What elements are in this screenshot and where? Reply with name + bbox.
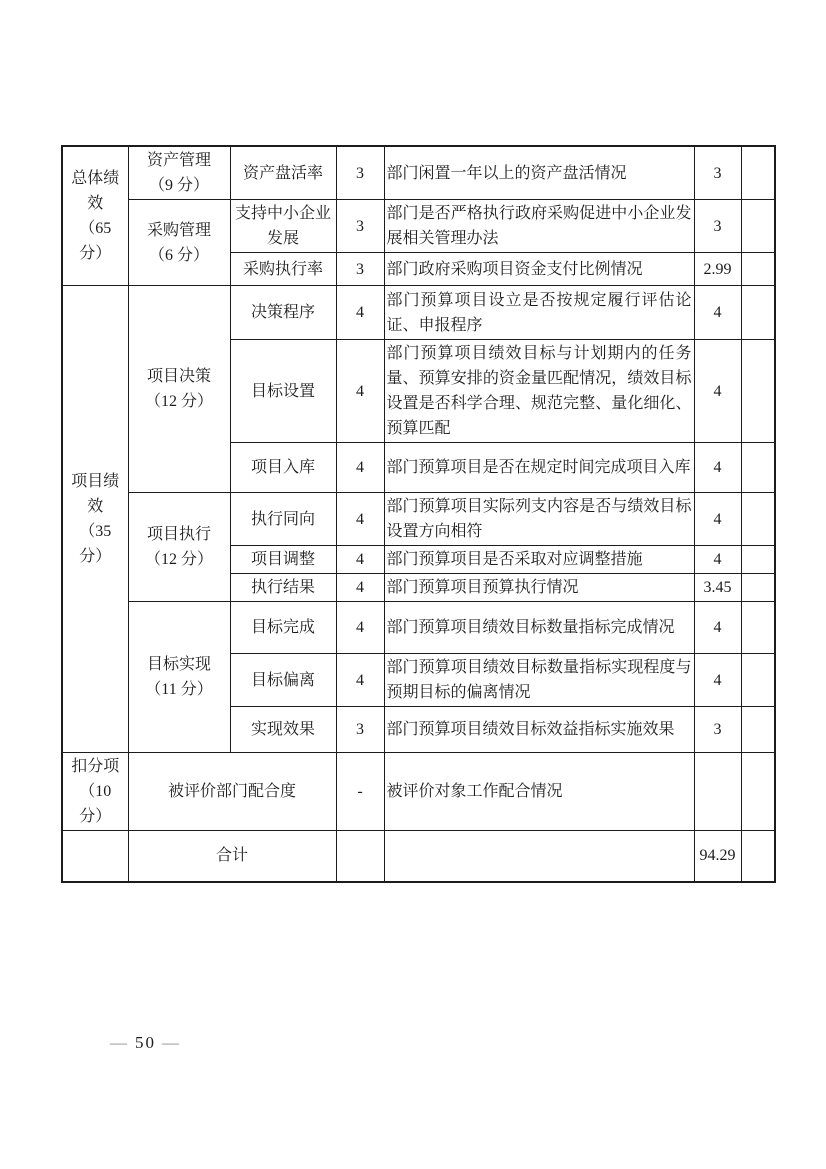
empty-cell — [741, 574, 775, 602]
indicator-cell: 目标完成 — [230, 602, 336, 654]
description-cell: 部门预算项目预算执行情况 — [384, 574, 694, 602]
empty-cell — [741, 602, 775, 654]
table-row: 目标实现 （11 分） 目标完成 4 部门预算项目绩效目标数量指标完成情况 4 — [62, 602, 775, 654]
subgroup-cell-asset: 资产管理 （9 分） — [128, 146, 230, 200]
description-cell: 部门预算项目绩效目标数量指标实现程度与预期目标的偏离情况 — [384, 654, 694, 707]
empty-cell — [741, 831, 775, 882]
description-cell: 部门预算项目是否采取对应调整措施 — [384, 546, 694, 574]
score-cell: 3 — [694, 146, 741, 200]
subgroup-cell-decision: 项目决策 （12 分） — [128, 286, 230, 493]
subgroup-cell-goal: 目标实现 （11 分） — [128, 602, 230, 753]
weight-cell: 3 — [336, 200, 384, 253]
group-cell-project: 项目绩 效 （35 分） — [62, 286, 128, 753]
description-cell: 部门预算项目绩效目标数量指标完成情况 — [384, 602, 694, 654]
description-cell: 部门闲置一年以上的资产盘活情况 — [384, 146, 694, 200]
performance-evaluation-table: 总体绩 效 （65 分） 资产管理 （9 分） 资产盘活率 3 部门闲置一年以上… — [61, 145, 776, 883]
table-row: 总体绩 效 （65 分） 资产管理 （9 分） 资产盘活率 3 部门闲置一年以上… — [62, 146, 775, 200]
score-cell: 4 — [694, 443, 741, 493]
indicator-cell: 采购执行率 — [230, 253, 336, 286]
weight-cell: - — [336, 753, 384, 831]
weight-cell: 4 — [336, 493, 384, 546]
weight-cell: 3 — [336, 146, 384, 200]
total-score-cell: 94.29 — [694, 831, 741, 882]
weight-cell: 4 — [336, 602, 384, 654]
score-cell: 4 — [694, 602, 741, 654]
description-cell: 部门预算项目实际列支内容是否与绩效目标设置方向相符 — [384, 493, 694, 546]
empty-cell — [741, 340, 775, 443]
page-footer: —50— — [104, 1033, 187, 1053]
empty-cell — [741, 146, 775, 200]
empty-cell — [741, 707, 775, 753]
indicator-cell: 执行结果 — [230, 574, 336, 602]
weight-cell: 4 — [336, 443, 384, 493]
indicator-cell: 执行同向 — [230, 493, 336, 546]
empty-cell — [741, 753, 775, 831]
indicator-cell: 项目调整 — [230, 546, 336, 574]
score-cell: 4 — [694, 546, 741, 574]
indicator-cell: 实现效果 — [230, 707, 336, 753]
score-cell: 4 — [694, 286, 741, 340]
description-cell: 部门政府采购项目资金支付比例情况 — [384, 253, 694, 286]
indicator-cell: 决策程序 — [230, 286, 336, 340]
indicator-cell: 目标设置 — [230, 340, 336, 443]
indicator-cell: 目标偏离 — [230, 654, 336, 707]
subgroup-cell-execution: 项目执行 （12 分） — [128, 493, 230, 602]
document-page: 总体绩 效 （65 分） 资产管理 （9 分） 资产盘活率 3 部门闲置一年以上… — [0, 0, 826, 1169]
description-cell: 被评价对象工作配合情况 — [384, 753, 694, 831]
description-cell: 部门预算项目绩效目标与计划期内的任务量、预算安排的资金量匹配情况，绩效目标设置是… — [384, 340, 694, 443]
table-row: 扣分项 （10 分） 被评价部门配合度 - 被评价对象工作配合情况 — [62, 753, 775, 831]
empty-cell — [62, 831, 128, 882]
table-row: 项目执行 （12 分） 执行同向 4 部门预算项目实际列支内容是否与绩效目标设置… — [62, 493, 775, 546]
score-cell: 3 — [694, 200, 741, 253]
empty-cell — [741, 286, 775, 340]
weight-cell: 4 — [336, 286, 384, 340]
empty-cell — [741, 253, 775, 286]
description-cell: 部门是否严格执行政府采购促进中小企业发展相关管理办法 — [384, 200, 694, 253]
empty-cell — [741, 654, 775, 707]
empty-cell — [741, 443, 775, 493]
subgroup-cell-procurement: 采购管理 （6 分） — [128, 200, 230, 286]
group-cell-deduction: 扣分项 （10 分） — [62, 753, 128, 831]
indicator-cell: 支持中小企业发展 — [230, 200, 336, 253]
page-number: 50 — [135, 1033, 156, 1052]
score-cell: 3.45 — [694, 574, 741, 602]
table-row: 合计 94.29 — [62, 831, 775, 882]
description-cell: 部门预算项目绩效目标效益指标实施效果 — [384, 707, 694, 753]
table-row: 项目绩 效 （35 分） 项目决策 （12 分） 决策程序 4 部门预算项目设立… — [62, 286, 775, 340]
footer-left-dash: — — [104, 1033, 135, 1052]
score-cell: 3 — [694, 707, 741, 753]
weight-cell: 3 — [336, 707, 384, 753]
indicator-cell: 资产盘活率 — [230, 146, 336, 200]
empty-cell — [741, 493, 775, 546]
table-row: 采购管理 （6 分） 支持中小企业发展 3 部门是否严格执行政府采购促进中小企业… — [62, 200, 775, 253]
score-cell: 4 — [694, 493, 741, 546]
weight-cell: 4 — [336, 546, 384, 574]
weight-cell: 3 — [336, 253, 384, 286]
weight-cell: 4 — [336, 574, 384, 602]
empty-cell — [384, 831, 694, 882]
indicator-cell: 项目入库 — [230, 443, 336, 493]
group-cell-overall: 总体绩 效 （65 分） — [62, 146, 128, 286]
empty-cell — [741, 546, 775, 574]
score-cell — [694, 753, 741, 831]
score-cell: 4 — [694, 654, 741, 707]
weight-cell: 4 — [336, 654, 384, 707]
total-label-cell: 合计 — [128, 831, 336, 882]
description-cell: 部门预算项目是否在规定时间完成项目入库 — [384, 443, 694, 493]
score-cell: 4 — [694, 340, 741, 443]
indicator-cell-cooperation: 被评价部门配合度 — [128, 753, 336, 831]
weight-cell: 4 — [336, 340, 384, 443]
footer-right-dash: — — [156, 1033, 187, 1052]
description-cell: 部门预算项目设立是否按规定履行评估论证、申报程序 — [384, 286, 694, 340]
score-cell: 2.99 — [694, 253, 741, 286]
empty-cell — [741, 200, 775, 253]
empty-cell — [336, 831, 384, 882]
